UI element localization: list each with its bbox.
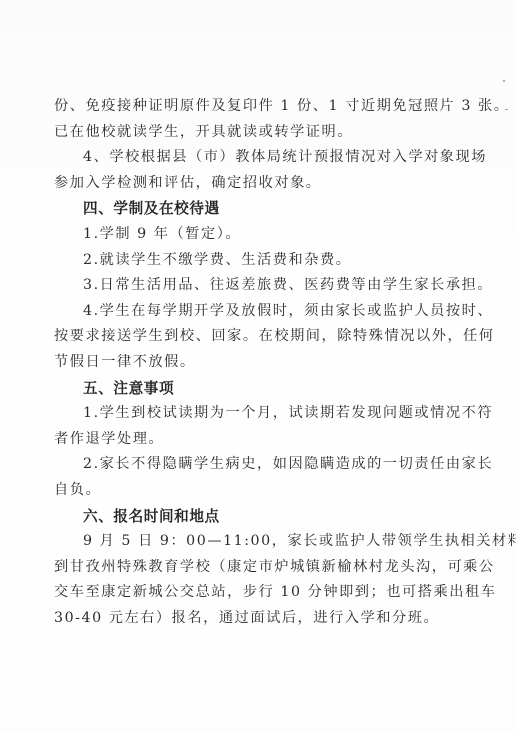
paragraph-line: 节假日一律不放假。 [54,350,464,376]
paragraph-line: 参加入学检测和评估，确定招收对象。 [54,171,464,197]
paragraph-line: 4、学校根据县（市）教体局统计预报情况对入学对象现场 [54,145,464,171]
list-item: 2.家长不得隐瞒学生病史，如因隐瞒造成的一切责任由家长 [54,452,464,478]
paragraph-line: 者作退学处理。 [54,427,464,453]
paragraph-line: 9 月 5 日 9：00—11:00，家长或监护人带领学生执相关材料 [54,529,464,555]
section-heading-school-system: 四、学制及在校待遇 [54,196,464,222]
list-item: 3.日常生活用品、往返差旅费、医药费等由学生家长承担。 [54,273,464,299]
document-body: 份、免疫接种证明原件及复印件 1 份、1 寸近期免冠照片 3 张。 已在他校就读… [54,94,464,631]
scanned-document-page: 份、免疫接种证明原件及复印件 1 份、1 寸近期免冠照片 3 张。 已在他校就读… [0,0,516,731]
list-item: 2.就读学生不缴学费、生活费和杂费。 [54,248,464,274]
paragraph-line: 已在他校就读学生，开具就读或转学证明。 [54,120,464,146]
section-heading-registration: 六、报名时间和地点 [54,504,464,530]
paragraph-line: 自负。 [54,478,464,504]
paragraph-line: 交车至康定新城公交总站，步行 10 分钟即到；也可搭乘出租车 [54,580,464,606]
section-heading-notes: 五、注意事项 [54,376,464,402]
list-item: 1.学制 9 年（暂定）。 [54,222,464,248]
list-item: 1.学生到校试读期为一个月，试读期若发现问题或情况不符 [54,401,464,427]
paragraph-line: 份、免疫接种证明原件及复印件 1 份、1 寸近期免冠照片 3 张。 [54,94,464,120]
paragraph-line: 30-40 元左右）报名，通过面试后，进行入学和分班。 [54,606,464,632]
scan-speck [505,109,508,110]
paragraph-line: 按要求接送学生到校、回家。在校期间，除特殊情况以外，任何 [54,324,464,350]
scan-speck [503,80,505,82]
paragraph-line: 到甘孜州特殊教育学校（康定市炉城镇新榆林村龙头沟，可乘公 [54,555,464,581]
list-item: 4.学生在每学期开学及放假时，须由家长或监护人员按时、 [54,299,464,325]
